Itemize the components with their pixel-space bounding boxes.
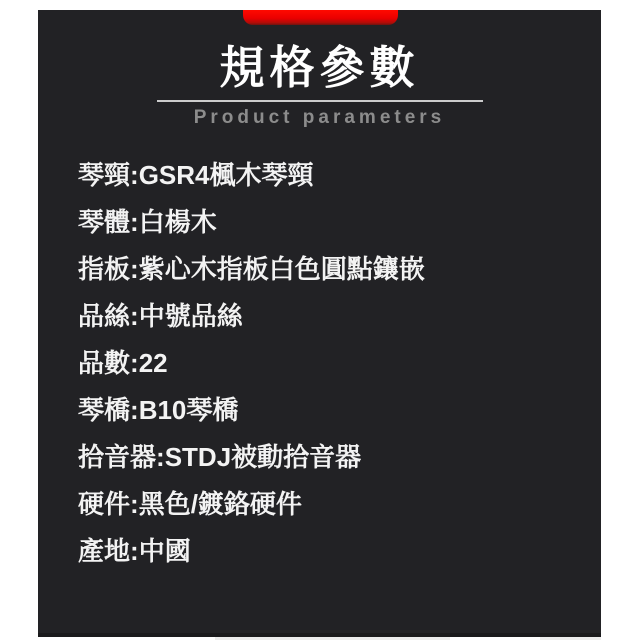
title-underline [157,100,483,102]
spec-separator: : [130,207,139,237]
spec-value: 中國 [139,536,191,566]
spec-separator: : [156,442,165,472]
spec-value: B10琴橋 [139,395,239,425]
spec-label: 琴橋 [78,395,130,425]
spec-separator: : [130,536,139,566]
spec-separator: : [130,395,139,425]
spec-header: 規格參數 Product parameters [38,40,601,129]
spec-value: 紫心木指板白色圓點鑲嵌 [139,254,425,284]
spec-label: 拾音器 [78,442,156,472]
spec-label: 指板 [78,254,130,284]
spec-row-neck: 琴頸:GSR4楓木琴頸 [78,152,578,199]
spec-separator: : [130,301,139,331]
spec-label: 琴體 [78,207,130,237]
spec-value: 中號品絲 [139,301,243,331]
spec-separator: : [130,254,139,284]
page-subtitle: Product parameters [38,107,601,129]
spec-label: 硬件 [78,489,130,519]
red-tab-decoration [243,10,398,25]
spec-list: 琴頸:GSR4楓木琴頸 琴體:白楊木 指板:紫心木指板白色圓點鑲嵌 品絲:中號品… [78,152,578,575]
spec-value: STDJ被動拾音器 [165,442,361,472]
spec-label: 琴頸 [78,160,130,190]
spec-separator: : [130,489,139,519]
spec-value: 22 [139,348,168,378]
spec-row-fingerboard: 指板:紫心木指板白色圓點鑲嵌 [78,246,578,293]
page-title: 規格參數 [38,40,601,96]
spec-row-fret-count: 品數:22 [78,340,578,387]
spec-separator: : [130,160,139,190]
spec-value: 黑色/鍍鉻硬件 [139,489,302,519]
spec-value: GSR4楓木琴頸 [139,160,314,190]
spec-row-body: 琴體:白楊木 [78,199,578,246]
spec-row-pickup: 拾音器:STDJ被動拾音器 [78,434,578,481]
spec-row-hardware: 硬件:黑色/鍍鉻硬件 [78,481,578,528]
product-spec-page: 規格參數 Product parameters 琴頸:GSR4楓木琴頸 琴體:白… [0,0,640,640]
spec-label: 品絲 [78,301,130,331]
spec-separator: : [130,348,139,378]
spec-row-origin: 產地:中國 [78,528,578,575]
spec-row-fretwire: 品絲:中號品絲 [78,293,578,340]
spec-card: 規格參數 Product parameters 琴頸:GSR4楓木琴頸 琴體:白… [38,10,601,637]
spec-value: 白楊木 [139,207,217,237]
spec-label: 產地 [78,536,130,566]
spec-label: 品數 [78,348,130,378]
spec-row-bridge: 琴橋:B10琴橋 [78,387,578,434]
